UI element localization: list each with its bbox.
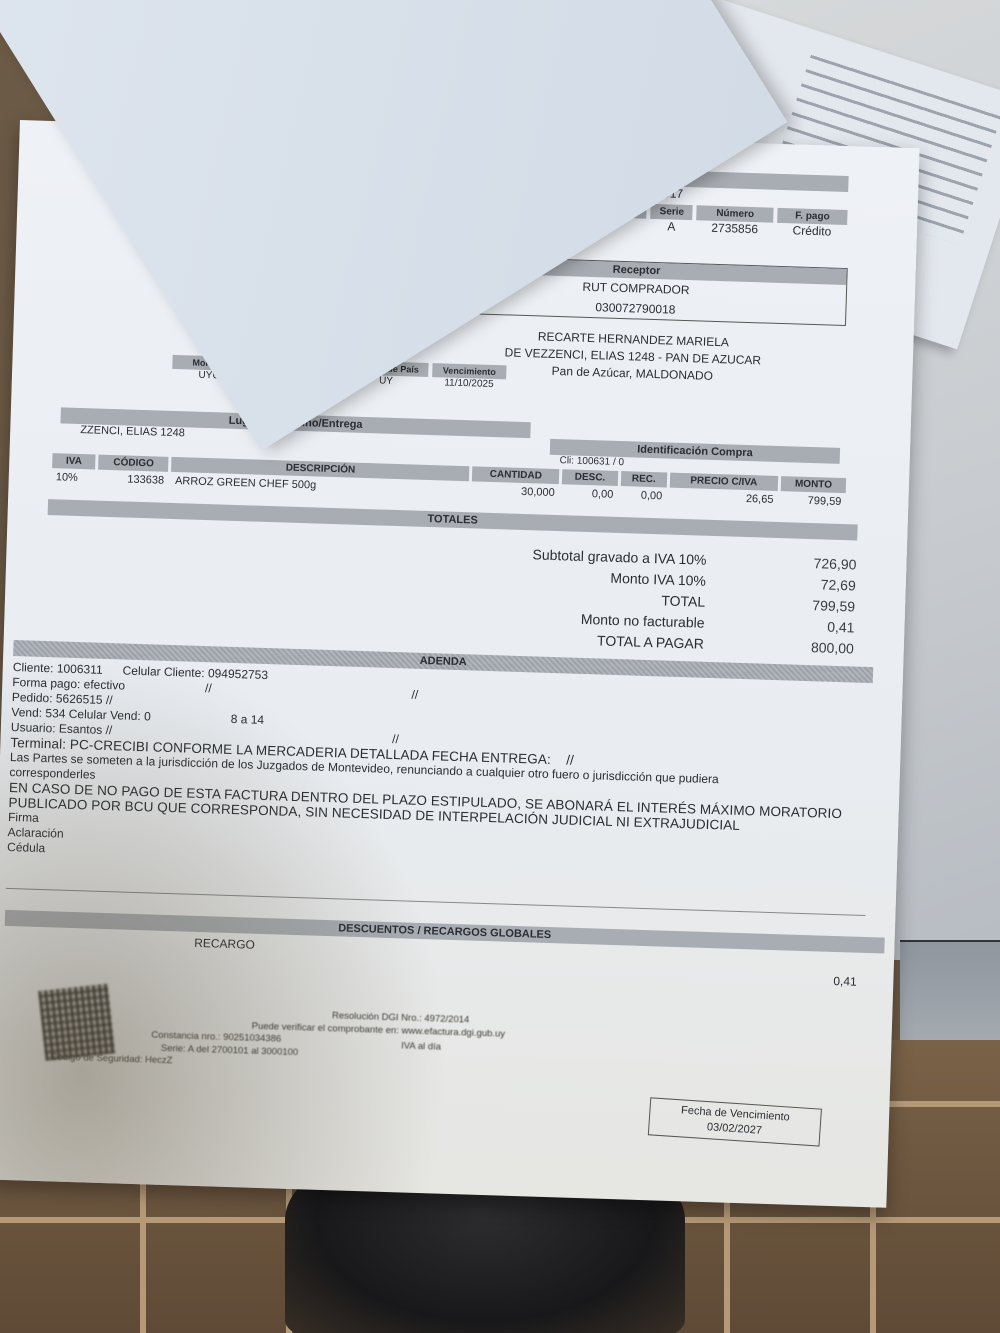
col-iva: IVA xyxy=(52,453,96,469)
total-value: 799,59 xyxy=(775,596,856,620)
codigo-seguridad: Código de Seguridad: HeczZ xyxy=(50,1051,172,1066)
adenda-section: Cliente: 1006311 Celular Cliente: 094952… xyxy=(7,660,883,882)
col-rec: REC. xyxy=(621,471,667,487)
col-cantidad: CANTIDAD xyxy=(472,466,559,484)
col-monto: MONTO xyxy=(781,476,846,493)
totales-section: Subtotal gravado a IVA 10%726,90 Monto I… xyxy=(484,545,857,662)
serie-value: A xyxy=(650,219,692,234)
total-value: 800,00 xyxy=(773,638,854,662)
item-cantidad: 30,000 xyxy=(472,483,559,500)
serie-label: Serie xyxy=(651,204,693,220)
col-desc: DESC. xyxy=(562,469,618,486)
item-monto: 799,59 xyxy=(780,493,845,509)
divider xyxy=(6,888,866,916)
adenda-cliente: Cliente: 1006311 xyxy=(13,660,103,677)
total-value: 72,69 xyxy=(775,575,856,599)
desk-edge xyxy=(900,940,1000,1042)
numero-value: 2735856 xyxy=(696,220,773,236)
qr-code xyxy=(38,984,115,1061)
item-codigo: 133638 xyxy=(98,472,168,488)
recargo-label: RECARGO xyxy=(194,936,255,952)
total-value: 0,41 xyxy=(774,617,855,641)
fecha-vencimiento-box: Fecha de Vencimiento 03/02/2027 xyxy=(648,1097,822,1146)
fpago-value: Crédito xyxy=(777,223,847,239)
iva-al-dia: IVA al día xyxy=(401,1040,441,1052)
adenda-sep: // xyxy=(125,679,212,696)
vencimiento-value: 11/10/2025 xyxy=(432,377,506,390)
col-codigo: CÓDIGO xyxy=(98,455,168,472)
descuentos-label: DESCUENTOS / RECARGOS GLOBALES xyxy=(5,910,885,954)
total-value: 726,90 xyxy=(776,554,857,578)
item-desc: 0,00 xyxy=(561,486,617,502)
col-precio: PRECIO C/IVA xyxy=(670,473,779,491)
recargo-value: 0,41 xyxy=(833,974,857,989)
adenda-sep: // xyxy=(566,752,574,767)
serie-rango: Serie: A del 2700101 al 3000100 xyxy=(161,1043,299,1058)
item-rec: 0,00 xyxy=(620,488,666,503)
item-precio: 26,65 xyxy=(669,490,778,507)
item-iva: 10% xyxy=(52,470,96,485)
